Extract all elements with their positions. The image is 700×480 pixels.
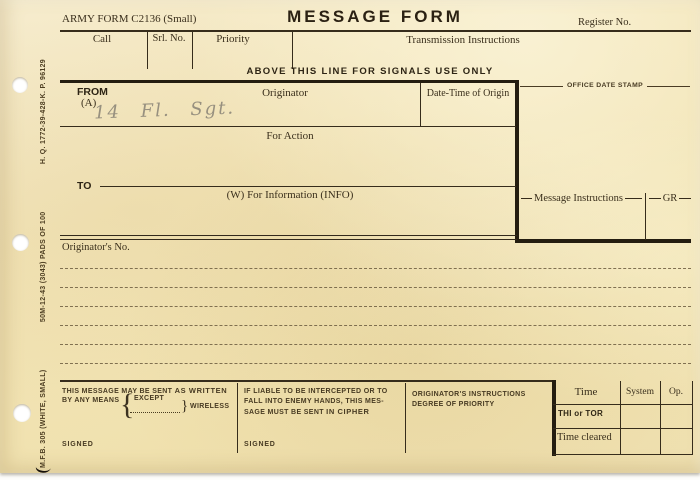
cipher-line3-text: SAGE MUST BE SENT [244,409,326,416]
dash [679,198,691,199]
message-line [60,363,691,364]
handwritten-originator-entry: 14 Fl. Sgt. [94,98,236,124]
transmission-instructions-label: Transmission Instructions [330,34,596,46]
message-instructions-row: Message Instructions [521,192,642,204]
srl-no-label: Srl. No. [144,33,194,44]
footer-divider [405,383,406,453]
cipher-line3-bold: IN CIPHER [326,407,369,416]
message-line [60,306,691,307]
originators-instructions-line2: DEGREE OF PRIORITY [412,400,495,411]
date-time-label: Date-Time of Origin [421,88,515,99]
column-divider [147,31,148,69]
page-title: MESSAGE FORM [250,7,500,27]
register-no-label: Register No. [578,17,631,28]
priority-label: Priority [198,33,268,45]
stamp-rule-left [520,86,563,87]
stamp-rule-right [647,86,690,87]
dash [521,198,532,199]
to-rule [100,186,516,187]
paper-sheet: M.F.B. 305 (WHITE, SMALL) 50M-12-43 (304… [0,0,700,473]
table-row-rule [553,428,692,429]
column-divider [292,31,293,69]
table-bottom-rule [553,454,692,455]
double-rule [60,235,517,240]
originators-instructions-line1: ORIGINATOR'S INSTRUCTIONS [412,390,526,401]
wireless-label: WIRELESS [190,402,229,413]
thi-or-tor-label: THI or TOR [558,409,603,418]
op-column-header: Op. [660,387,692,397]
originator-rule [60,126,516,127]
cipher-line3: SAGE MUST BE SENT IN CIPHER [244,407,369,419]
table-right-border [692,381,693,455]
call-label: Call [72,33,132,45]
gr-row: GR [649,192,691,204]
system-column-header: System [620,387,660,397]
scanned-message-form: M.F.B. 305 (WHITE, SMALL) 50M-12-43 (304… [0,0,700,480]
message-line [60,268,691,269]
column-divider [192,31,193,69]
panel-thick-vertical [515,80,519,243]
office-date-stamp-label: OFFICE DATE STAMP [563,81,647,92]
open-brace-glyph: { [120,390,134,420]
panel-thick-horizontal [515,239,691,243]
print-code-part: 50M-12-43 (3043) PADS OF 100 [40,212,47,323]
close-brace-glyph: } [181,399,188,414]
office-date-stamp-row: OFFICE DATE STAMP [520,81,690,91]
dash [649,198,661,199]
for-action-label: For Action [210,130,370,142]
written-line2: BY ANY MEANS [62,396,119,407]
hole-punch [12,234,29,251]
hole-punch [13,404,31,422]
message-instructions-label: Message Instructions [532,193,625,204]
signals-use-notice: ABOVE THIS LINE FOR SIGNALS USE ONLY [210,66,530,77]
except-label: EXCEPT [134,394,164,405]
message-line [60,344,691,345]
signals-thick-rule [60,80,517,83]
originators-no-label: Originator's No. [62,242,130,253]
gr-label: GR [661,193,680,204]
written-line1-bold: AS WRITTEN [175,386,228,395]
print-code-part: M.F.B. 305 (WHITE, SMALL) [40,370,47,469]
time-column-header: Time [553,386,619,398]
pen-mark [35,459,52,474]
cipher-line1: IF LIABLE TO BE INTERCEPTED OR TO [244,387,388,398]
signed-label: SIGNED [62,440,94,451]
gr-divider [645,193,646,240]
time-cleared-label: Time cleared [557,432,612,443]
message-line [60,325,691,326]
header-rule [60,30,691,32]
hole-punch [12,77,28,93]
form-id: ARMY FORM C2136 (Small) [62,13,196,25]
for-information-label: (W) For Information (INFO) [190,189,390,201]
cipher-line2: FALL INTO ENEMY HANDS, THIS MES- [244,397,384,408]
print-code-sidebar: M.F.B. 305 (WHITE, SMALL) 50M-12-43 (304… [40,59,47,468]
print-code-part: H. Q. 1772-39-428-K. P. 96129 [40,59,47,164]
to-label: TO [77,180,91,192]
except-dotted-line [130,412,180,413]
message-line [60,287,691,288]
footer-top-rule [60,380,553,382]
table-header-rule [553,404,692,405]
signed-label: SIGNED [244,440,276,451]
footer-divider [237,383,238,453]
dash [625,198,642,199]
